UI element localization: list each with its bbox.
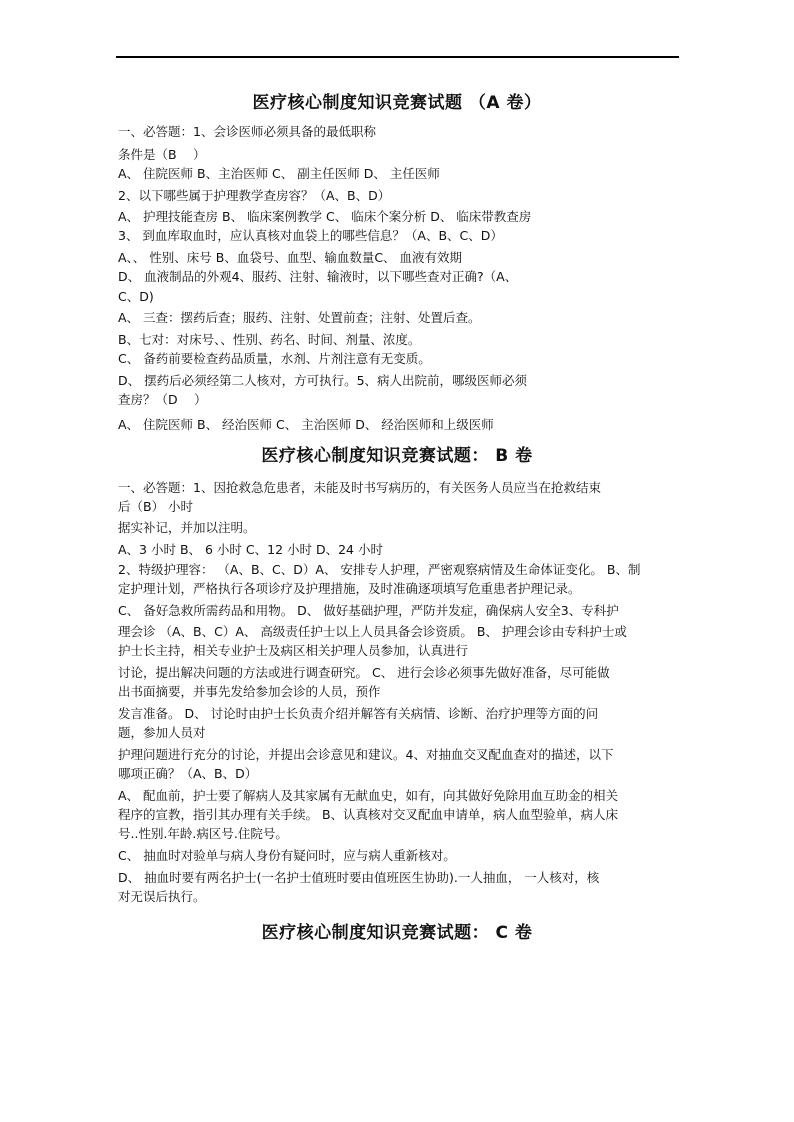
text-line: 据实补记，并加以注明。	[118, 520, 256, 536]
text-line: 对无误后执行。	[118, 889, 206, 905]
text-line: 出书面摘要，并事先发给参加会诊的人员，预作	[118, 684, 381, 700]
text-line: 3、 到血库取血时，应认真核对血袋上的哪些信息？（A、B、C、D）	[118, 228, 503, 244]
section-title-a: 医疗核心制度知识竞赛试题 （A 卷）	[0, 88, 794, 113]
text-line: 题，参加人员对	[118, 725, 206, 741]
text-line: 后（B） 小时	[118, 499, 193, 515]
text-line: 2、以下哪些属于护理教学查房容？（A、B、D）	[118, 188, 390, 204]
text-line: A、 配血前，护士要了解病人及其家属有无献血史，如有，向其做好免除用血互助金的相…	[118, 788, 618, 804]
text-line: 护士长主持，相关专业护士及病区相关护理人员参加，认真进行	[118, 643, 468, 659]
header-rule	[116, 56, 679, 58]
text-line: A、 住院医师 B、 经治医师 C、 主治医师 D、 经治医师和上级医师	[118, 417, 494, 433]
text-line: 查房？（D ）	[118, 392, 207, 408]
section-title-c: 医疗核心制度知识竞赛试题： C 卷	[0, 918, 794, 943]
text-line: A、 护理技能查房 B、 临床案例教学 C、 临床个案分析 D、 临床带教查房	[118, 209, 531, 225]
text-line: D、 抽血时要有两名护士(一名护士值班时要由值班医生协助).一人抽血， 一人核对…	[118, 870, 599, 886]
text-line: 号..性别.年龄.病区号.住院号。	[118, 826, 288, 842]
text-line: A、、 性别、床号 B、血袋号、血型、输血数量C、 血液有效期	[118, 250, 462, 266]
text-line: 讨论，提出解决问题的方法或进行调查研究。 C、 进行会诊必须事先做好准备，尽可能…	[118, 665, 610, 681]
section-title-b: 医疗核心制度知识竞赛试题： B 卷	[0, 441, 794, 466]
text-line: 定护理计划，严格执行各项诊疗及护理措施，及时准确逐项填写危重患者护理记录。	[118, 581, 581, 597]
text-line: C、 备好急救所需药品和用物。 D、 做好基础护理，严防并发症，确保病人安全3、…	[118, 603, 619, 619]
text-line: A、3 小时 B、 6 小时 C、12 小时 D、24 小时	[118, 542, 383, 558]
text-line: 哪项正确？（A、B、D）	[118, 766, 257, 782]
text-line: 护理问题进行充分的讨论，并提出会诊意见和建议。4、对抽血交叉配血查对的描述，以下	[118, 747, 613, 763]
text-line: D、 摆药后必须经第二人核对，方可执行。5、病人出院前，哪级医师必须	[118, 373, 527, 389]
text-line: 理会诊 （A、B、C）A、 高级责任护士以上人员具备会诊资质。 B、 护理会诊由…	[118, 624, 627, 640]
text-line: B、七对：对床号、、性别、药名、时间、剂量、浓度。	[118, 332, 420, 348]
text-line: 发言准备。 D、 讨论时由护士长负责介绍并解答有关病情、诊断、治疗护理等方面的问	[118, 706, 598, 722]
text-line: A、 三查：摆药后查；服药、注射、处置前查；注射、处置后查。	[118, 310, 481, 326]
text-line: 2、特级护理容： （A、B、C、D）A、 安排专人护理，严密观察病情及生命体证变…	[118, 562, 640, 578]
text-line: 条件是（B ）	[118, 147, 206, 163]
text-line: C、 备药前要检查药品质量，水剂、片剂注意有无变质。	[118, 351, 431, 367]
text-line: 一、必答题：1、会诊医师必须具备的最低职称	[118, 124, 376, 140]
text-line: C、 抽血时对验单与病人身份有疑问时，应与病人重新核对。	[118, 848, 456, 864]
text-line: 程序的宣教，指引其办理有关手续。 B、认真核对交叉配血申请单，病人血型验单，病人…	[118, 807, 618, 823]
text-line: C、D)	[118, 289, 154, 305]
text-line: D、 血液制品的外观4、服药、注射、输液时，以下哪些查对正确?（A、	[118, 269, 517, 285]
text-line: 一、必答题：1、因抢救急危患者，未能及时书写病历的，有关医务人员应当在抢救结束	[118, 480, 601, 496]
text-line: A、 住院医师 B、主治医师 C、 副主任医师 D、 主任医师	[118, 166, 440, 182]
